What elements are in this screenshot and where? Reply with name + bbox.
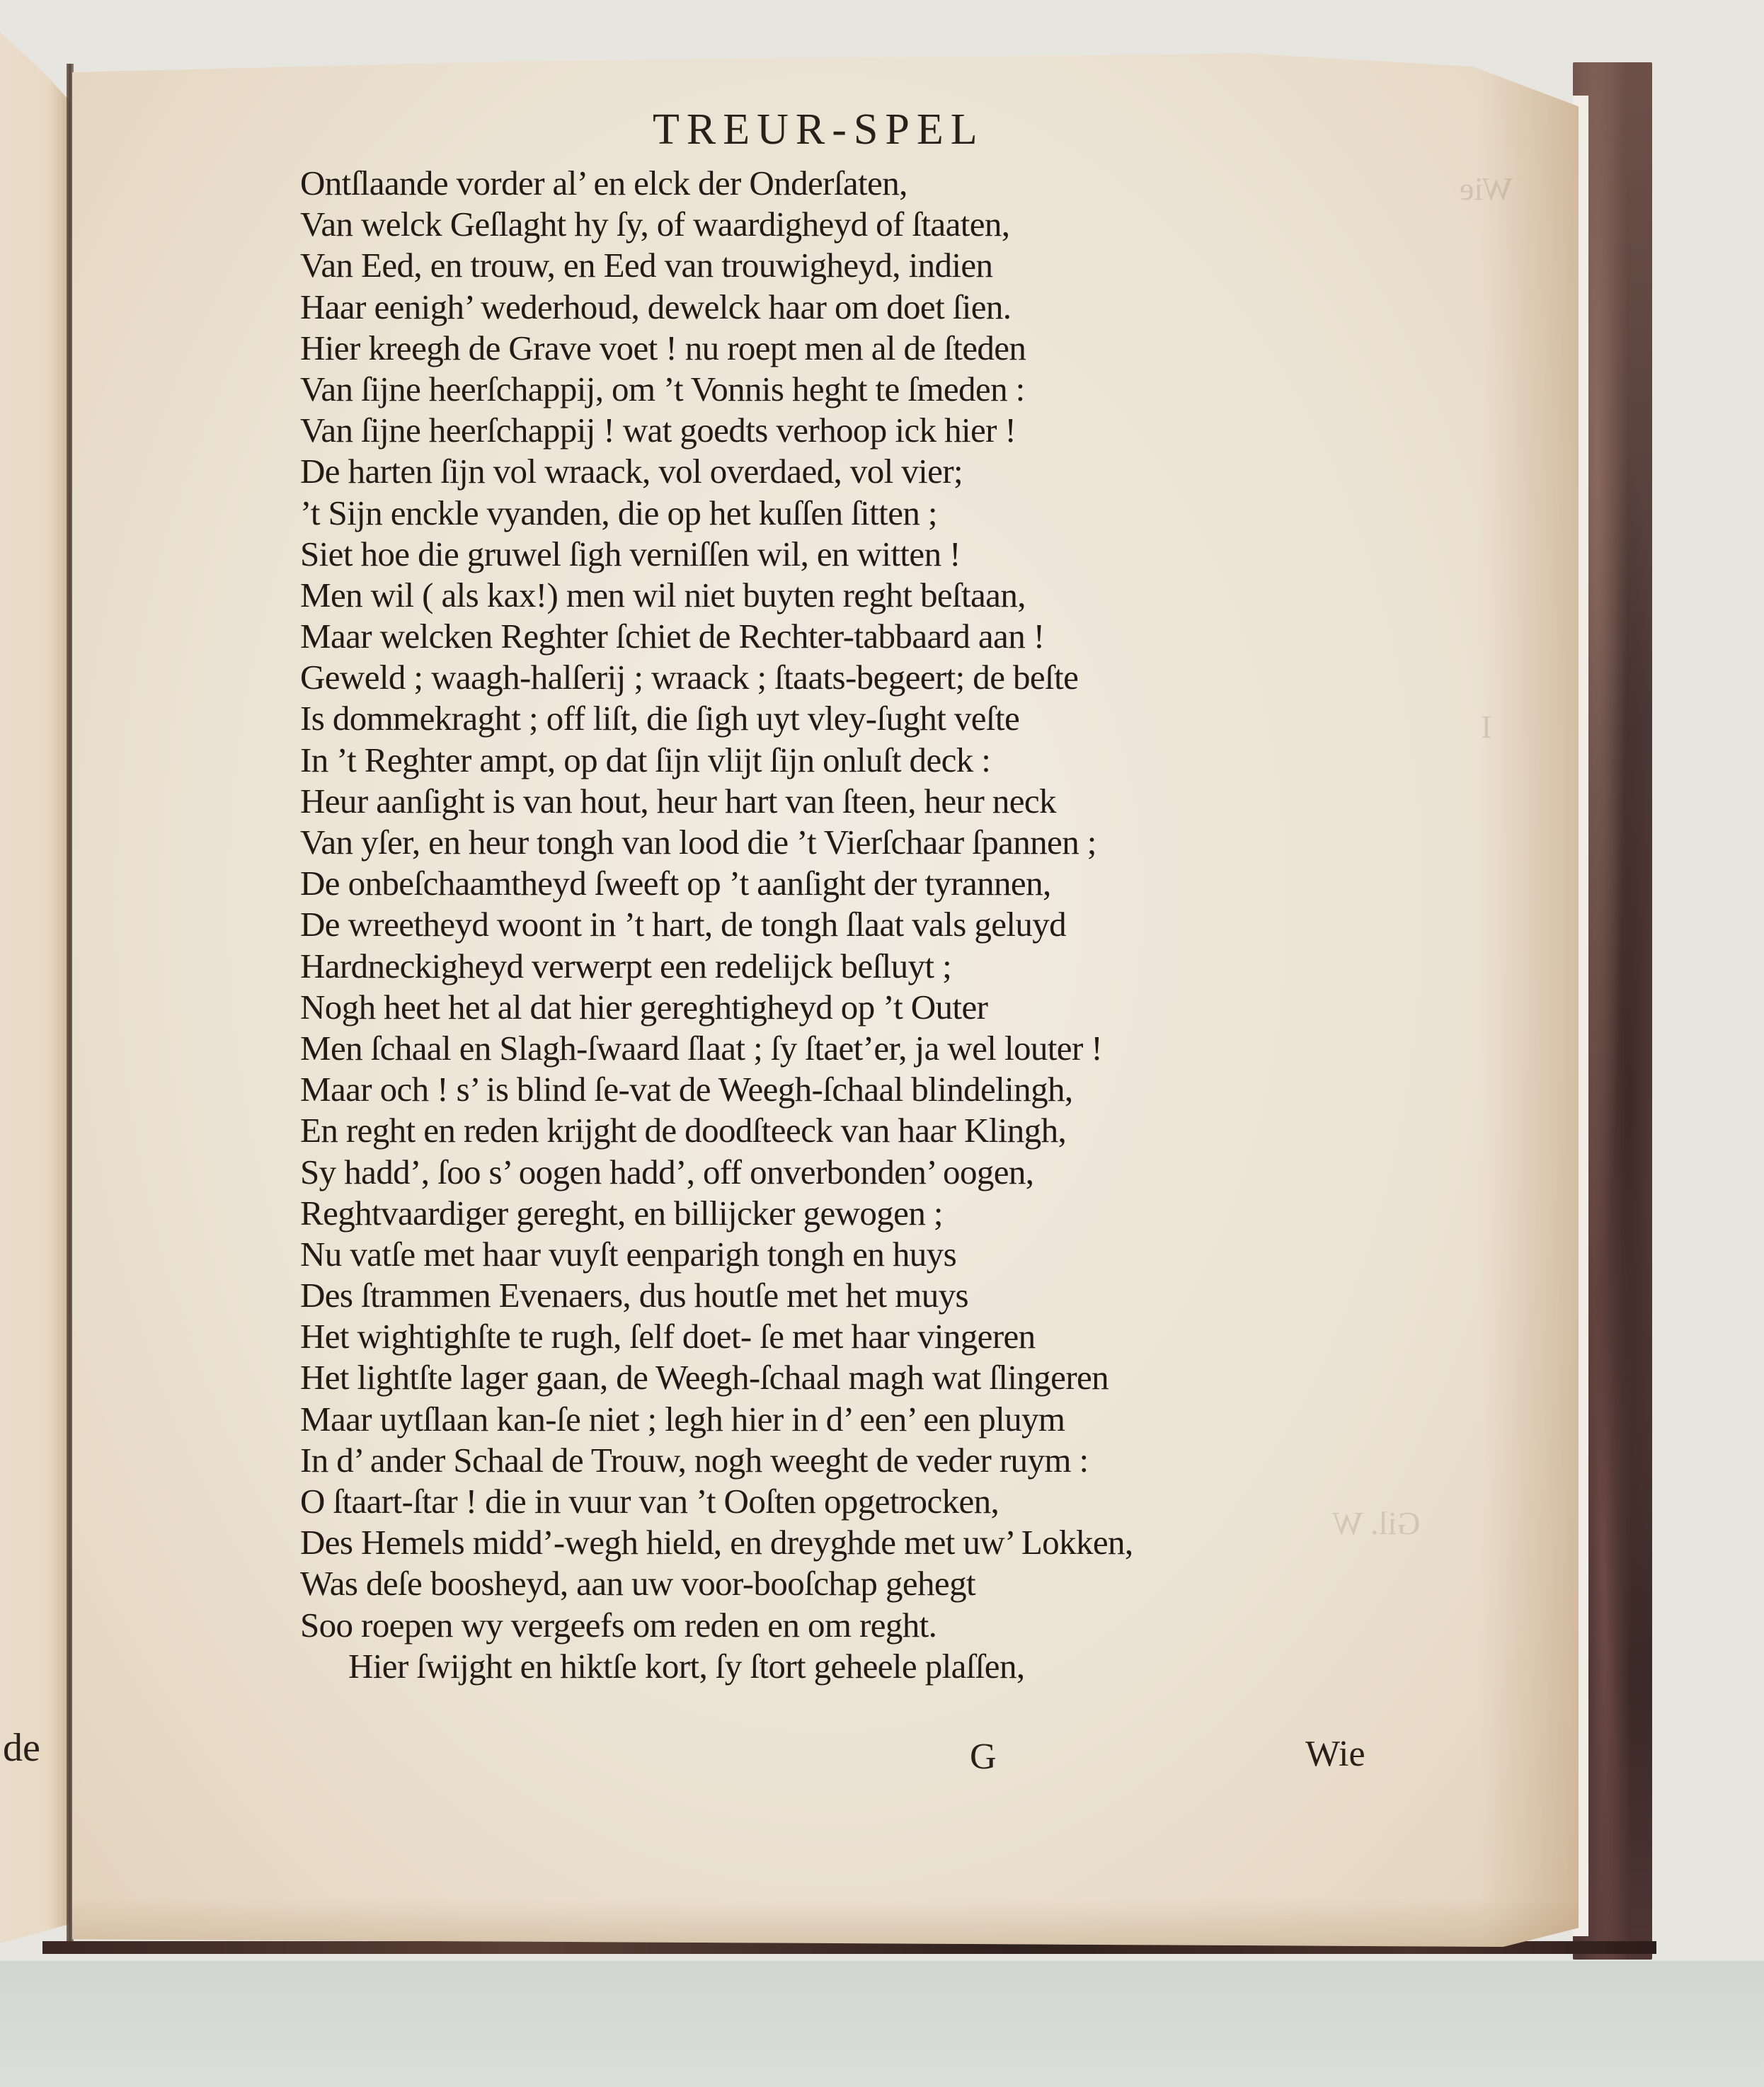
verse-line: Maar welcken Reghter ſchiet de Rechter-t… xyxy=(300,616,1348,657)
running-head: TREUR-SPEL xyxy=(653,105,985,155)
verse-line: Maar och ! s’ is blind ſe-vat de Weegh-ſ… xyxy=(300,1069,1348,1110)
verse-line: De onbeſchaamtheyd ſweeft op ’t aanſight… xyxy=(300,863,1348,904)
verse-line: Men ſchaal en Slagh-ſwaard ſlaat ; ſy ſt… xyxy=(300,1028,1348,1069)
right-page: Wie I Gil. W TREUR-SPEL Ontſlaande vorde… xyxy=(72,50,1579,1947)
verse-line: Was deſe boosheyd, aan uw voor-booſchap … xyxy=(300,1563,1348,1604)
show-through-text: I xyxy=(1481,708,1491,745)
signature-mark: G xyxy=(970,1736,997,1778)
catchword: Wie xyxy=(1305,1733,1365,1775)
verse-line: Van yſer, en heur tongh van lood die ’t … xyxy=(300,822,1348,863)
verse-line: Soo roepen wy vergeefs om reden en om re… xyxy=(300,1605,1348,1646)
verse-line: In d’ ander Schaal de Trouw, nogh weeght… xyxy=(300,1440,1348,1481)
verse-line: Geweld ; waagh-halſerij ; wraack ; ſtaat… xyxy=(300,657,1348,698)
show-through-text: Wie xyxy=(1460,170,1513,207)
verse-line: Ontſlaande vorder al’ en elck der Onderſ… xyxy=(300,163,1348,204)
stage-direction-line: Hier ſwijght en hiktſe kort, ſy ſtort ge… xyxy=(300,1646,1348,1687)
verse-line: Maar uytſlaan kan-ſe niet ; legh hier in… xyxy=(300,1399,1348,1440)
verse-line: Van ſijne heerſchappij, om ’t Vonnis heg… xyxy=(300,369,1348,410)
verse-line: Des Hemels midd’-wegh hield, en dreyghde… xyxy=(300,1522,1348,1563)
verse-line: Van ſijne heerſchappij ! wat goedts verh… xyxy=(300,410,1348,451)
verse-line: De harten ſijn vol wraack, vol overdaed,… xyxy=(300,451,1348,492)
verse-line: En reght en reden krijght de doodſteeck … xyxy=(300,1110,1348,1151)
verse-line: Men wil ( als kax!) men wil niet buyten … xyxy=(300,575,1348,616)
verse-line: Hardneckigheyd verwerpt een redelijck be… xyxy=(300,946,1348,987)
verse-block: Ontſlaande vorder al’ en elck der Onderſ… xyxy=(300,163,1348,1687)
verse-line: Sy hadd’, ſoo s’ oogen hadd’, off onverb… xyxy=(300,1152,1348,1193)
verse-line: Des ſtrammen Evenaers, dus houtſe met he… xyxy=(300,1275,1348,1316)
verse-line: De wreetheyd woont in ’t hart, de tongh … xyxy=(300,904,1348,945)
verse-line: Hier kreegh de Grave voet ! nu roept men… xyxy=(300,328,1348,369)
verse-line: Nu vatſe met haar vuyſt eenparigh tongh … xyxy=(300,1234,1348,1275)
verse-line: Siet hoe die gruwel ſigh verniſſen wil, … xyxy=(300,534,1348,575)
verse-line: Van welck Geſlaght hy ſy, of waardigheyd… xyxy=(300,204,1348,245)
verse-line: Nogh heet het al dat hier gereghtigheyd … xyxy=(300,987,1348,1028)
verse-line: Is dommekraght ; off liſt, die ſigh uyt … xyxy=(300,698,1348,739)
left-page-text-fragment: de xyxy=(3,1725,40,1771)
left-page: de xyxy=(0,32,69,1943)
verse-line: ’t Sijn enckle vyanden, die op het kuſſe… xyxy=(300,493,1348,534)
table-surface xyxy=(0,1961,1764,2087)
verse-line: O ſtaart-ſtar ! die in vuur van ’t Ooſte… xyxy=(300,1481,1348,1522)
verse-line: Van Eed, en trouw, en Eed van trouwighey… xyxy=(300,245,1348,286)
verse-line: Het lightſte lager gaan, de Weegh-ſchaal… xyxy=(300,1357,1348,1398)
verse-line: In ’t Reghter ampt, op dat ſijn vlijt ſi… xyxy=(300,740,1348,781)
verse-line: Het wightighſte te rugh, ſelf doet- ſe m… xyxy=(300,1316,1348,1357)
verse-line: Reghtvaardiger gereght, en billijcker ge… xyxy=(300,1193,1348,1234)
verse-line: Haar eenigh’ wederhoud, dewelck haar om … xyxy=(300,287,1348,328)
verse-line: Heur aanſight is van hout, heur hart van… xyxy=(300,781,1348,822)
